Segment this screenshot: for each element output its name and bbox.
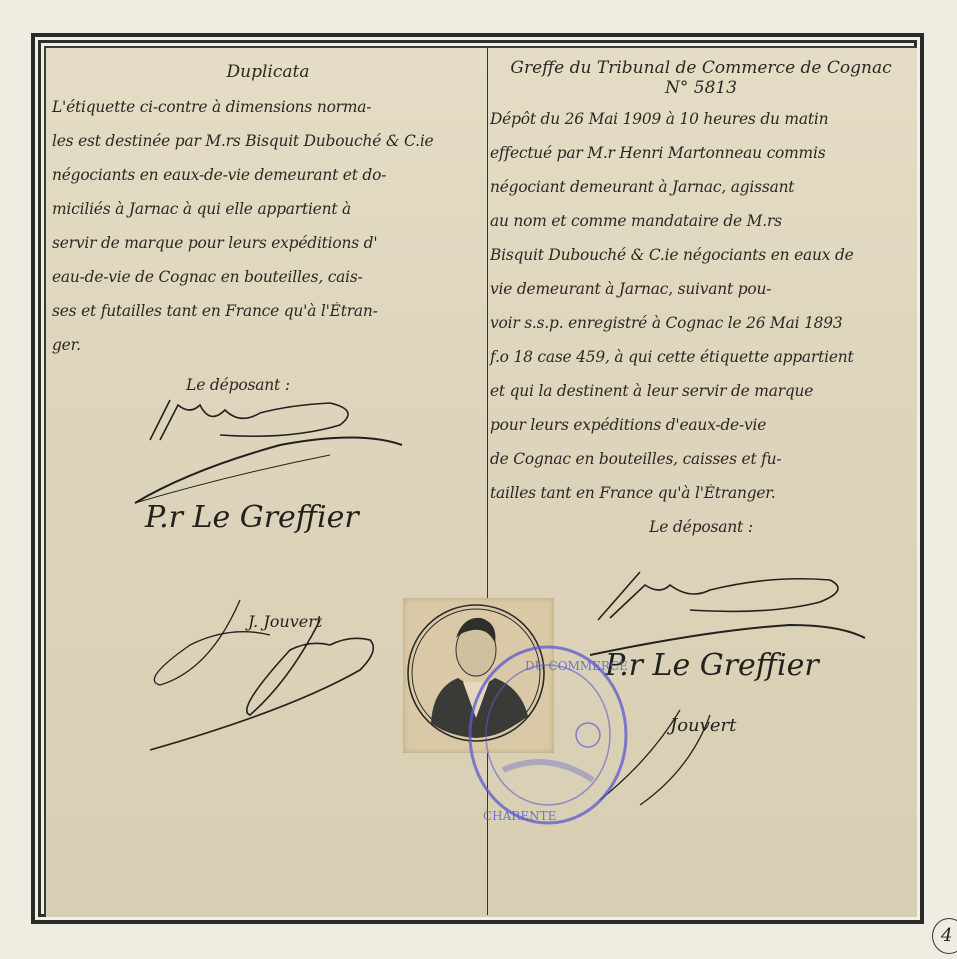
right-body-line: de Cognac en bouteilles, caisses et fu- <box>490 442 910 476</box>
tribunal-seal-icon: DU COMMERCE DE COGNAC CHARENTE <box>463 640 633 830</box>
left-heading: Duplicata <box>52 62 484 82</box>
right-body-line: Bisquit Dubouché & C.ie négociants en ea… <box>490 238 910 272</box>
right-clerk-label: P.r Le Greffier <box>605 648 819 683</box>
left-body-line: ses et futailles tant en France qu'à l'É… <box>52 294 482 328</box>
right-body-line: Dépôt du 26 Mai 1909 à 10 heures du mati… <box>490 102 910 136</box>
right-body-line: f.o 18 case 459, à qui cette étiquette a… <box>490 340 910 374</box>
left-body-line: miciliés à Jarnac à qui elle appartient … <box>52 192 482 226</box>
right-body-line: et qui la destinent à leur servir de mar… <box>490 374 910 408</box>
left-body-line: L'étiquette ci-contre à dimensions norma… <box>52 90 482 124</box>
left-body-line: les est destinée par M.rs Bisquit Dubouc… <box>52 124 482 158</box>
right-body-line: voir s.s.p. enregistré à Cognac le 26 Ma… <box>490 306 910 340</box>
right-body-line: effectué par M.r Henri Martonneau commis <box>490 136 910 170</box>
left-body-line: servir de marque pour leurs expéditions … <box>52 226 482 260</box>
left-clerk-label: P.r Le Greffier <box>145 500 359 535</box>
left-depositor-signature <box>130 385 420 505</box>
left-body: L'étiquette ci-contre à dimensions norma… <box>52 90 484 362</box>
right-body-line: vie demeurant à Jarnac, suivant pou- <box>490 272 910 306</box>
right-depositor-label: Le déposant : <box>490 510 912 544</box>
margin-annotation: 4 <box>932 918 957 954</box>
left-body-line: ger. <box>52 328 482 362</box>
seal-text-top: DU COMMERCE DE COGNAC <box>525 659 633 673</box>
right-body-line: tailles tant en France qu'à l'Étranger. <box>490 476 910 510</box>
right-panel: Greffe du Tribunal de Commerce de Cognac… <box>490 58 912 544</box>
left-clerk-name: J. Jouvert <box>248 612 322 631</box>
left-panel: Duplicata L'étiquette ci-contre à dimens… <box>52 62 484 402</box>
right-body-line: au nom et comme mandataire de M.rs <box>490 204 910 238</box>
right-body-line: négociant demeurant à Jarnac, agissant <box>490 170 910 204</box>
registration-number: N° 5813 <box>490 78 912 98</box>
left-body-line: négociants en eaux-de-vie demeurant et d… <box>52 158 482 192</box>
right-clerk-name: Jouvert <box>670 715 736 736</box>
right-body-line: pour leurs expéditions d'eaux-de-vie <box>490 408 910 442</box>
right-body: Dépôt du 26 Mai 1909 à 10 heures du mati… <box>490 102 912 510</box>
left-body-line: eau-de-vie de Cognac en bouteilles, cais… <box>52 260 482 294</box>
seal-text-bottom: CHARENTE <box>483 809 556 823</box>
right-heading: Greffe du Tribunal de Commerce de Cognac <box>490 58 912 78</box>
